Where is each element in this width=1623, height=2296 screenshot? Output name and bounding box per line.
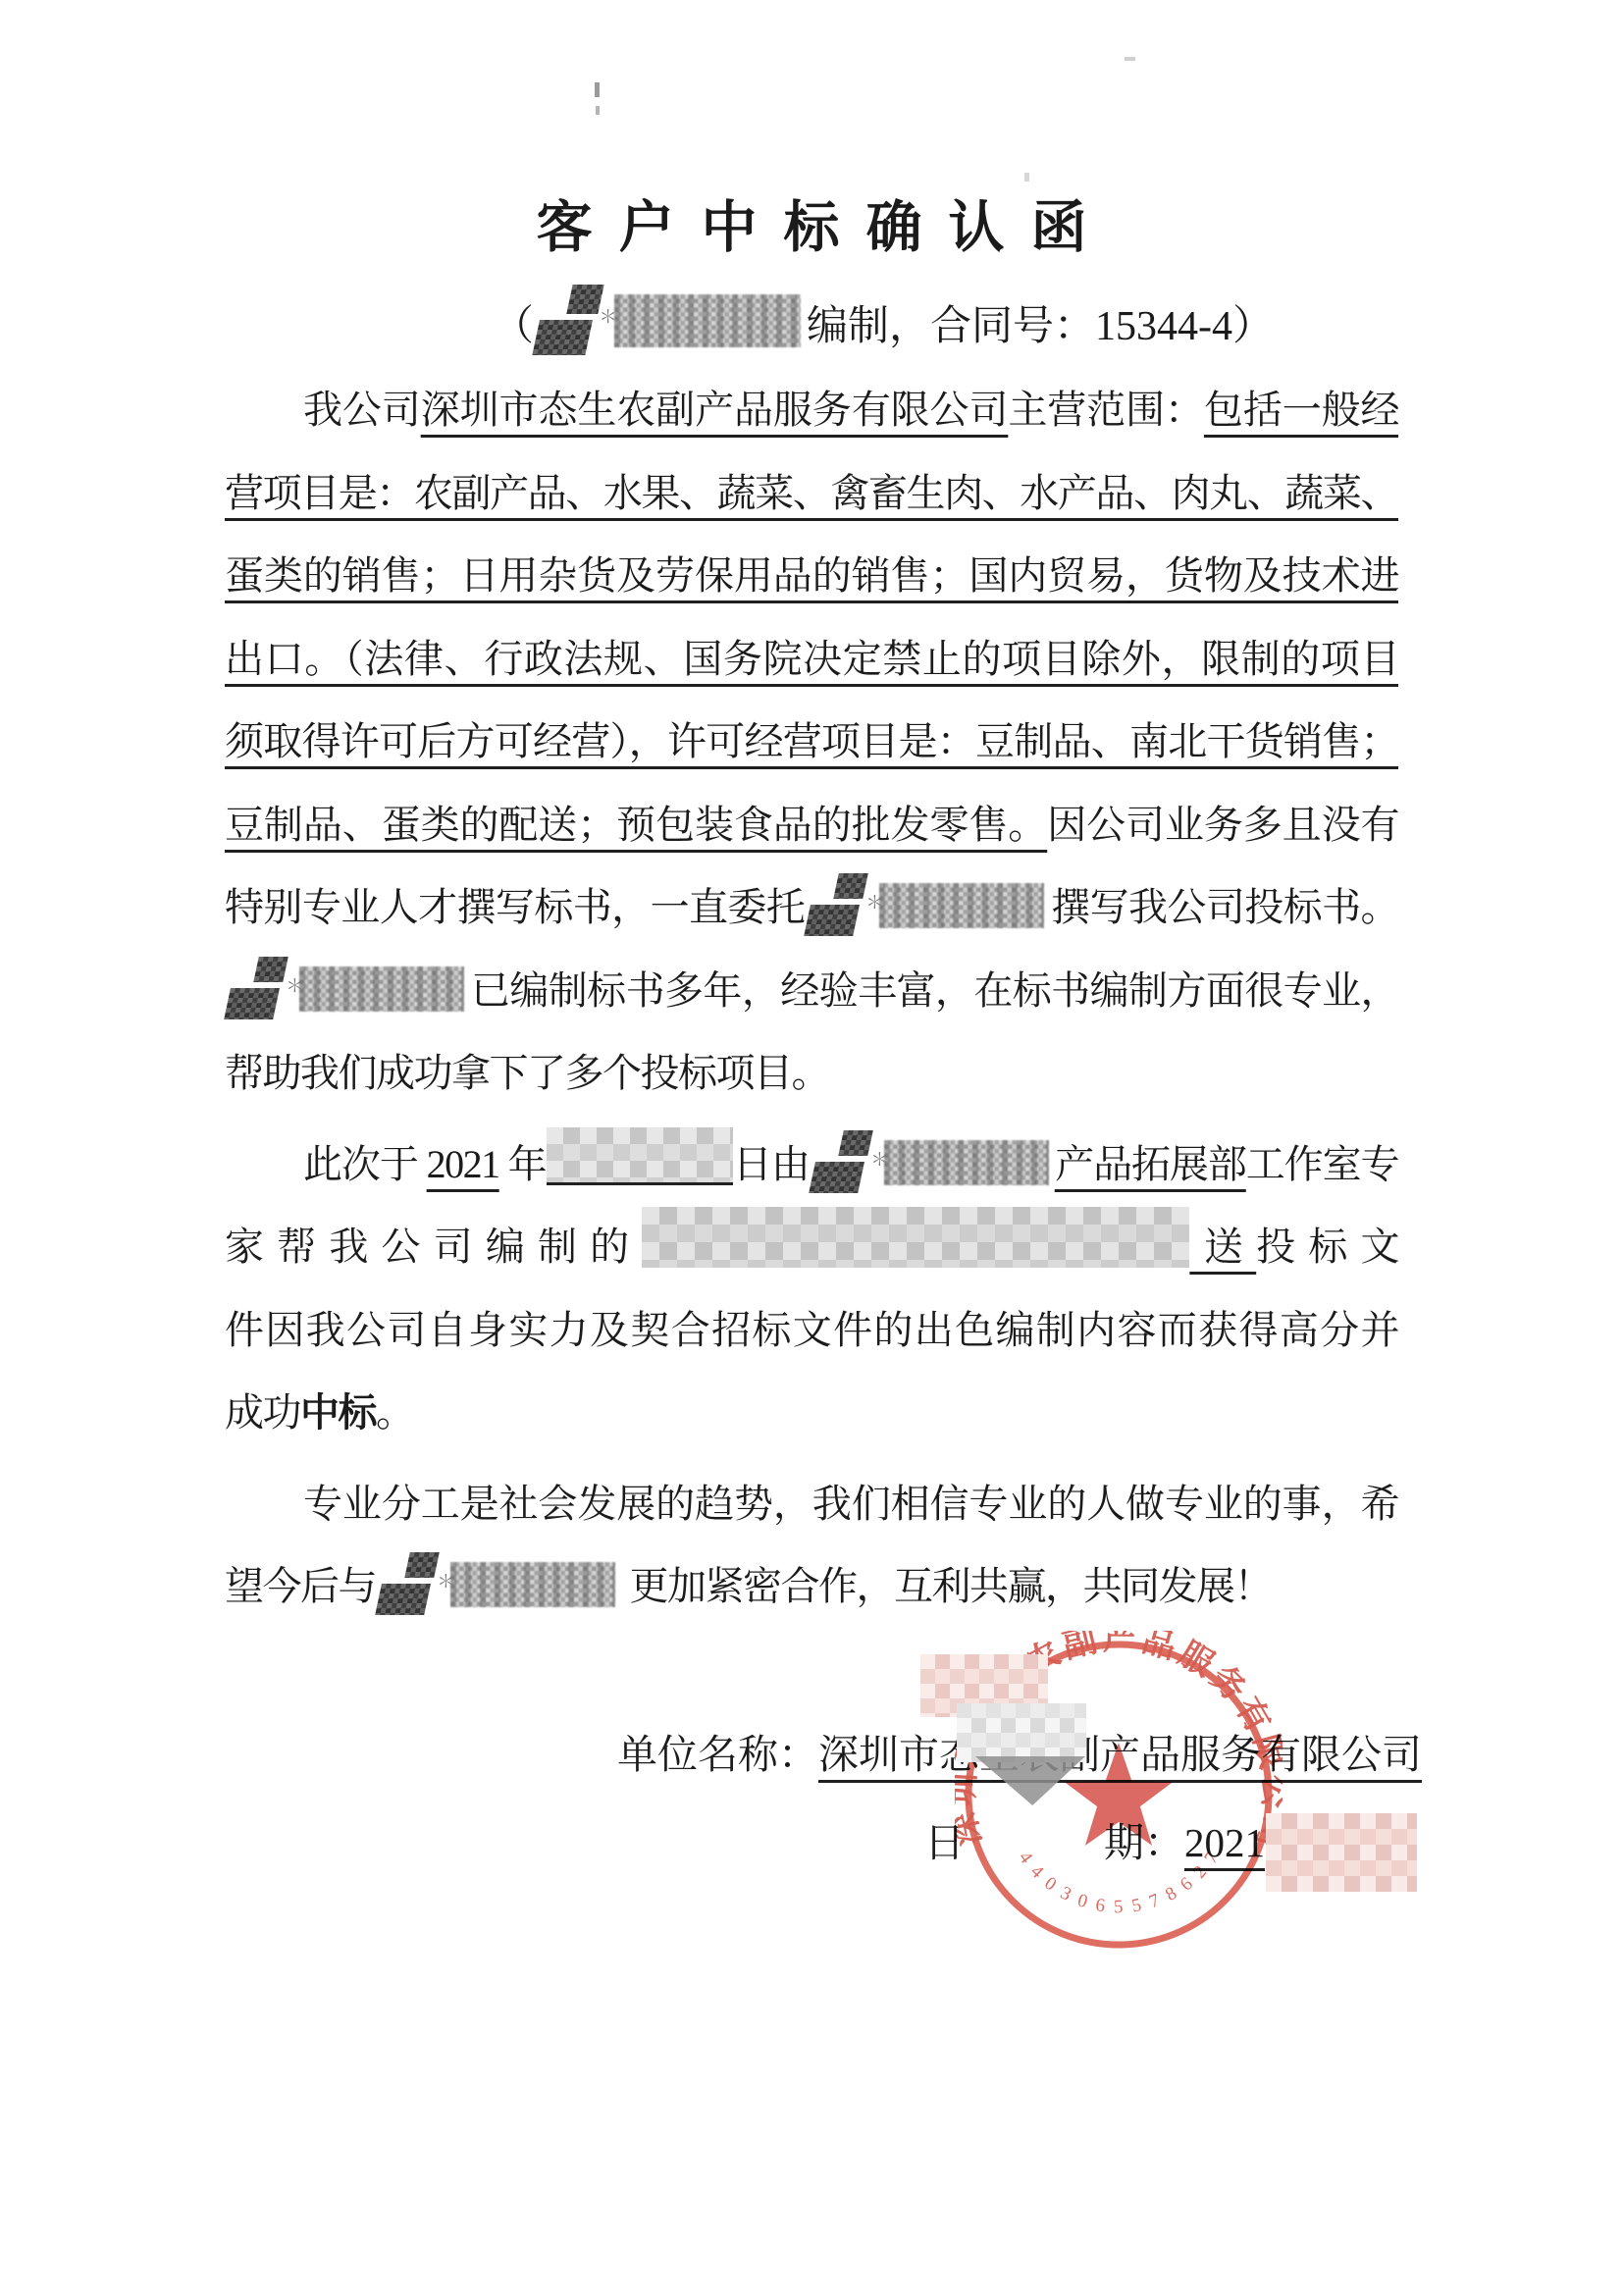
text-run: 件因我公司自身实力及契合招标文件的出色编制内容而获得高分并	[225, 1308, 1398, 1352]
open-paren: （	[493, 304, 534, 349]
text-run: 。	[376, 1390, 414, 1435]
text-run: 工作室专	[1246, 1142, 1398, 1186]
body-line: 此次于 2021 年日由产品拓展部工作室专	[225, 1123, 1398, 1207]
body-line: 帮助我们成功拿下了多个投标项目。	[225, 1032, 1398, 1116]
vendor-logo-mark-block	[838, 1130, 873, 1156]
text-run: 中标	[300, 1390, 376, 1435]
vendor-logo-wordmark-blurred	[299, 966, 464, 1012]
vendor-logo	[231, 950, 464, 1033]
body-line: 望今后与 更加紧密合作，互利共赢，共同发展！	[225, 1545, 1398, 1629]
body-line: 件因我公司自身实力及契合招标文件的出色编制内容而获得高分并	[225, 1289, 1398, 1373]
vendor-logo	[815, 1123, 1049, 1207]
text-run: 撰写我公司投标书。	[1050, 885, 1398, 929]
seal-number-node: 4403065578627	[1015, 1840, 1229, 1917]
body-line: 蛋类的销售；日用杂货及劳保用品的销售；国内贸易，货物及技术进	[225, 535, 1398, 618]
body-line: 出口。（法律、行政法规、国务院决定禁止的项目除外，限制的项目	[225, 618, 1398, 702]
ink-speck	[595, 82, 600, 97]
text-run: 产品拓展部	[1055, 1142, 1246, 1186]
vendor-logo-wordmark-blurred	[884, 1140, 1049, 1185]
body-line: 家帮我公司编制的送投标文	[225, 1206, 1398, 1289]
body-line: 营项目是：农副产品、水果、蔬菜、禽畜生肉、水产品、肉丸、蔬菜、	[225, 452, 1398, 536]
text-run: 出口。（法律、行政法规、国务院决定禁止的项目除外，限制的项目	[225, 637, 1398, 681]
ink-speck	[596, 106, 600, 115]
prepared-text: 编制，合同号：15344-4）	[807, 304, 1274, 349]
text-run: 深圳市态生农副产品服务有限公司	[421, 388, 1009, 432]
vendor-logo-mark-icon	[532, 285, 609, 355]
text-run: 投标文	[1256, 1225, 1398, 1269]
text-run: 成功	[225, 1390, 300, 1435]
vendor-logo-mark-icon	[224, 957, 294, 1019]
text-run: 日由	[733, 1142, 810, 1186]
vendor-logo-mark-block	[804, 905, 860, 936]
body-line: 我公司深圳市态生农副产品服务有限公司主营范围：包括一般经	[225, 369, 1398, 452]
vendor-logo-mark-icon	[809, 1130, 879, 1193]
body-line: 专业分工是社会发展的趋势，我们相信专业的人做专业的事，希	[225, 1463, 1398, 1546]
text-run: 因公司业务多且没有	[1047, 803, 1398, 847]
text-run: 送	[1189, 1225, 1256, 1269]
vendor-logo-mark-block	[532, 320, 593, 355]
letter-body: 我公司深圳市态生农副产品服务有限公司主营范围：包括一般经营项目是：农副产品、水果…	[225, 369, 1398, 1629]
text-run: 更加紧密合作，互利共赢，共同发展！	[621, 1564, 1272, 1608]
vendor-logo	[540, 283, 801, 371]
vendor-logo-mark-block	[834, 873, 869, 899]
vendor-logo-mark-block	[404, 1552, 440, 1578]
vendor-logo-mark-block	[809, 1162, 864, 1193]
ink-speck	[1125, 57, 1135, 61]
body-line: 豆制品、蛋类的配送；预包装食品的批发零售。因公司业务多且没有	[225, 784, 1398, 867]
vendor-logo-wordmark-blurred	[879, 883, 1044, 928]
vendor-logo-mark-block	[224, 988, 280, 1019]
document-title: 客户中标确认函	[0, 183, 1623, 263]
text-run: 豆制品、蛋类的配送；预包装食品的批发零售。	[225, 803, 1047, 847]
text-run: 专业分工是社会发展的趋势，我们相信专业的人做专业的事，希	[303, 1482, 1398, 1526]
body-line: 成功中标。	[225, 1372, 1398, 1455]
vendor-logo-mark-block	[375, 1584, 431, 1615]
text-run: 主营范围：	[1008, 388, 1204, 432]
text-run: 望今后与	[225, 1564, 376, 1608]
body-line: 特别专业人才撰写标书，一直委托撰写我公司投标书。	[225, 866, 1398, 950]
text-run: 已编制标书多年，经验丰富，在标书编制方面很专业，	[470, 968, 1398, 1013]
vendor-logo-wordmark-blurred	[450, 1562, 615, 1607]
body-line: 已编制标书多年，经验丰富，在标书编制方面很专业，	[225, 950, 1398, 1033]
vendor-logo-mark-icon	[804, 873, 874, 936]
text-run: 须取得许可后方可经营），许可经营项目是：豆制品、南北干货销售；	[225, 719, 1398, 763]
text-run: 我公司	[303, 388, 421, 432]
vendor-logo-mark-block	[253, 957, 288, 982]
seal-number-text: 4403065578627	[1015, 1840, 1229, 1917]
text-run: 包括一般经	[1204, 388, 1398, 432]
text-run: 年	[499, 1142, 547, 1186]
redaction-mosaic-date	[547, 1127, 733, 1185]
vendor-logo-mark-block	[566, 285, 603, 314]
vendor-logo	[811, 866, 1044, 950]
text-run: 2021	[427, 1142, 499, 1186]
redaction-mosaic-project	[642, 1207, 1189, 1268]
text-run: 家帮我公司编制的	[225, 1225, 642, 1269]
body-line: 须取得许可后方可经营），许可经营项目是：豆制品、南北干货销售；	[225, 701, 1398, 784]
unit-name-label: 单位名称：	[617, 1732, 818, 1777]
text-run: 此次于	[303, 1142, 427, 1186]
vendor-logo-wordmark-blurred	[614, 294, 801, 347]
vendor-logo-slot	[534, 304, 807, 349]
text-run: 帮助我们成功拿下了多个投标项目。	[225, 1051, 829, 1095]
text-run: 营项目是：农副产品、水果、蔬菜、禽畜生肉、水产品、肉丸、蔬菜、	[225, 471, 1398, 515]
redaction-mosaic-date	[1266, 1813, 1417, 1892]
ink-speck	[1024, 173, 1029, 182]
redaction-mosaic-company-name	[957, 1703, 1086, 1762]
vendor-logo	[382, 1545, 615, 1629]
text-run: 特别专业人才撰写标书，一直委托	[225, 885, 805, 929]
vendor-logo-mark-icon	[375, 1552, 445, 1615]
prepared-line: （编制，合同号：15344-4）	[493, 283, 1274, 371]
scanned-document-page: 客户中标确认函 （编制，合同号：15344-4） 我公司深圳市态生农副产品服务有…	[0, 0, 1623, 2296]
text-run: 蛋类的销售；日用杂货及劳保用品的销售；国内贸易，货物及技术进	[225, 553, 1398, 598]
